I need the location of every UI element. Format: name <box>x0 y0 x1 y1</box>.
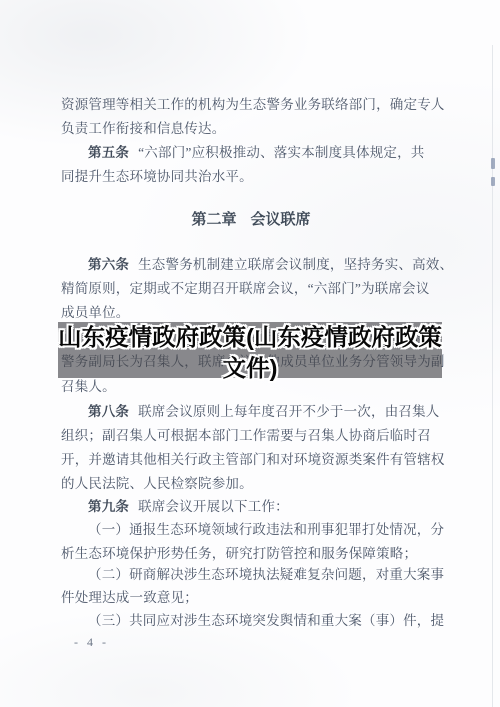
doc-line-article-9: 第九条联席会议开展以下工作： <box>61 499 468 515</box>
article-number: 第六条 <box>88 257 129 272</box>
doc-line-text: 生态警务机制建立联席会议制度，坚持务实、高效、 <box>138 257 453 272</box>
doc-line-article-6: 第六条生态警务机制建立联席会议制度，坚持务实、高效、 <box>61 257 468 273</box>
doc-line-item-2: （二）研商解决涉生态环境执法疑难复杂问题，对重大案事 <box>61 567 468 583</box>
watermark-title-line2: 文件) <box>0 353 500 384</box>
doc-line-article-8: 第八条联席会议原则上每年度召开不少于一次，由召集人 <box>61 404 468 420</box>
doc-line: 成员单位。 <box>61 305 441 321</box>
watermark-title: 山东疫情政府政策(山东疫情政府政策 文件) <box>0 322 500 384</box>
doc-line: 的人民法院、人民检察院参加。 <box>61 476 441 492</box>
doc-line-item-1: （一）通报生态环境领域行政违法和刑事犯罪打处情况，分 <box>61 522 468 538</box>
doc-line: 精简原则，定期或不定期召开联席会议，“六部门”为联席会议 <box>61 281 441 297</box>
page-number: - 4 - <box>74 635 109 650</box>
doc-line: 析生态环境保护形势任务，研究打防管控和服务保障策略； <box>61 546 441 562</box>
doc-line: 负责工作衔接和信息传达。 <box>61 121 441 137</box>
doc-line: 件处理达成一致意见； <box>61 590 441 606</box>
doc-line-text: 联席会议开展以下工作： <box>138 499 289 514</box>
chapter-title: 会议联席 <box>251 211 311 228</box>
doc-line-text: 联席会议原则上每年度召开不少于一次，由召集人 <box>138 404 439 419</box>
watermark-title-line1: 山东疫情政府政策(山东疫情政府政策 <box>0 322 500 353</box>
scan-artifact-mark <box>491 177 495 186</box>
article-number: 第五条 <box>88 145 129 160</box>
doc-line-text: “六部门”应积极推动、落实本制度具体规定，共 <box>138 145 424 160</box>
doc-line: 开，并邀请其他相关行政主管部门和对环境资源类案件有管辖权 <box>61 452 441 468</box>
doc-line: 资源管理等相关工作的机构为生态警务业务联络部门，确定专人 <box>61 97 441 113</box>
doc-line-article-5: 第五条“六部门”应积极推动、落实本制度具体规定，共 <box>61 145 468 161</box>
scanned-document-page: 资源管理等相关工作的机构为生态警务业务联络部门，确定专人 负责工作衔接和信息传达… <box>0 0 500 707</box>
article-number: 第九条 <box>88 499 129 514</box>
doc-line: 组织；副召集人可根据本部门工作需要与召集人协商后临时召 <box>61 428 441 444</box>
doc-line: 同提升生态环境协同共治水平。 <box>61 169 441 185</box>
doc-line-item-3: （三）共同应对涉生态环境突发舆情和重大案（事）件，提 <box>61 613 468 629</box>
scan-artifact-mark <box>491 158 495 169</box>
chapter-heading: 第二章会议联席 <box>61 208 441 229</box>
article-number: 第八条 <box>88 404 129 419</box>
chapter-number: 第二章 <box>191 211 236 228</box>
